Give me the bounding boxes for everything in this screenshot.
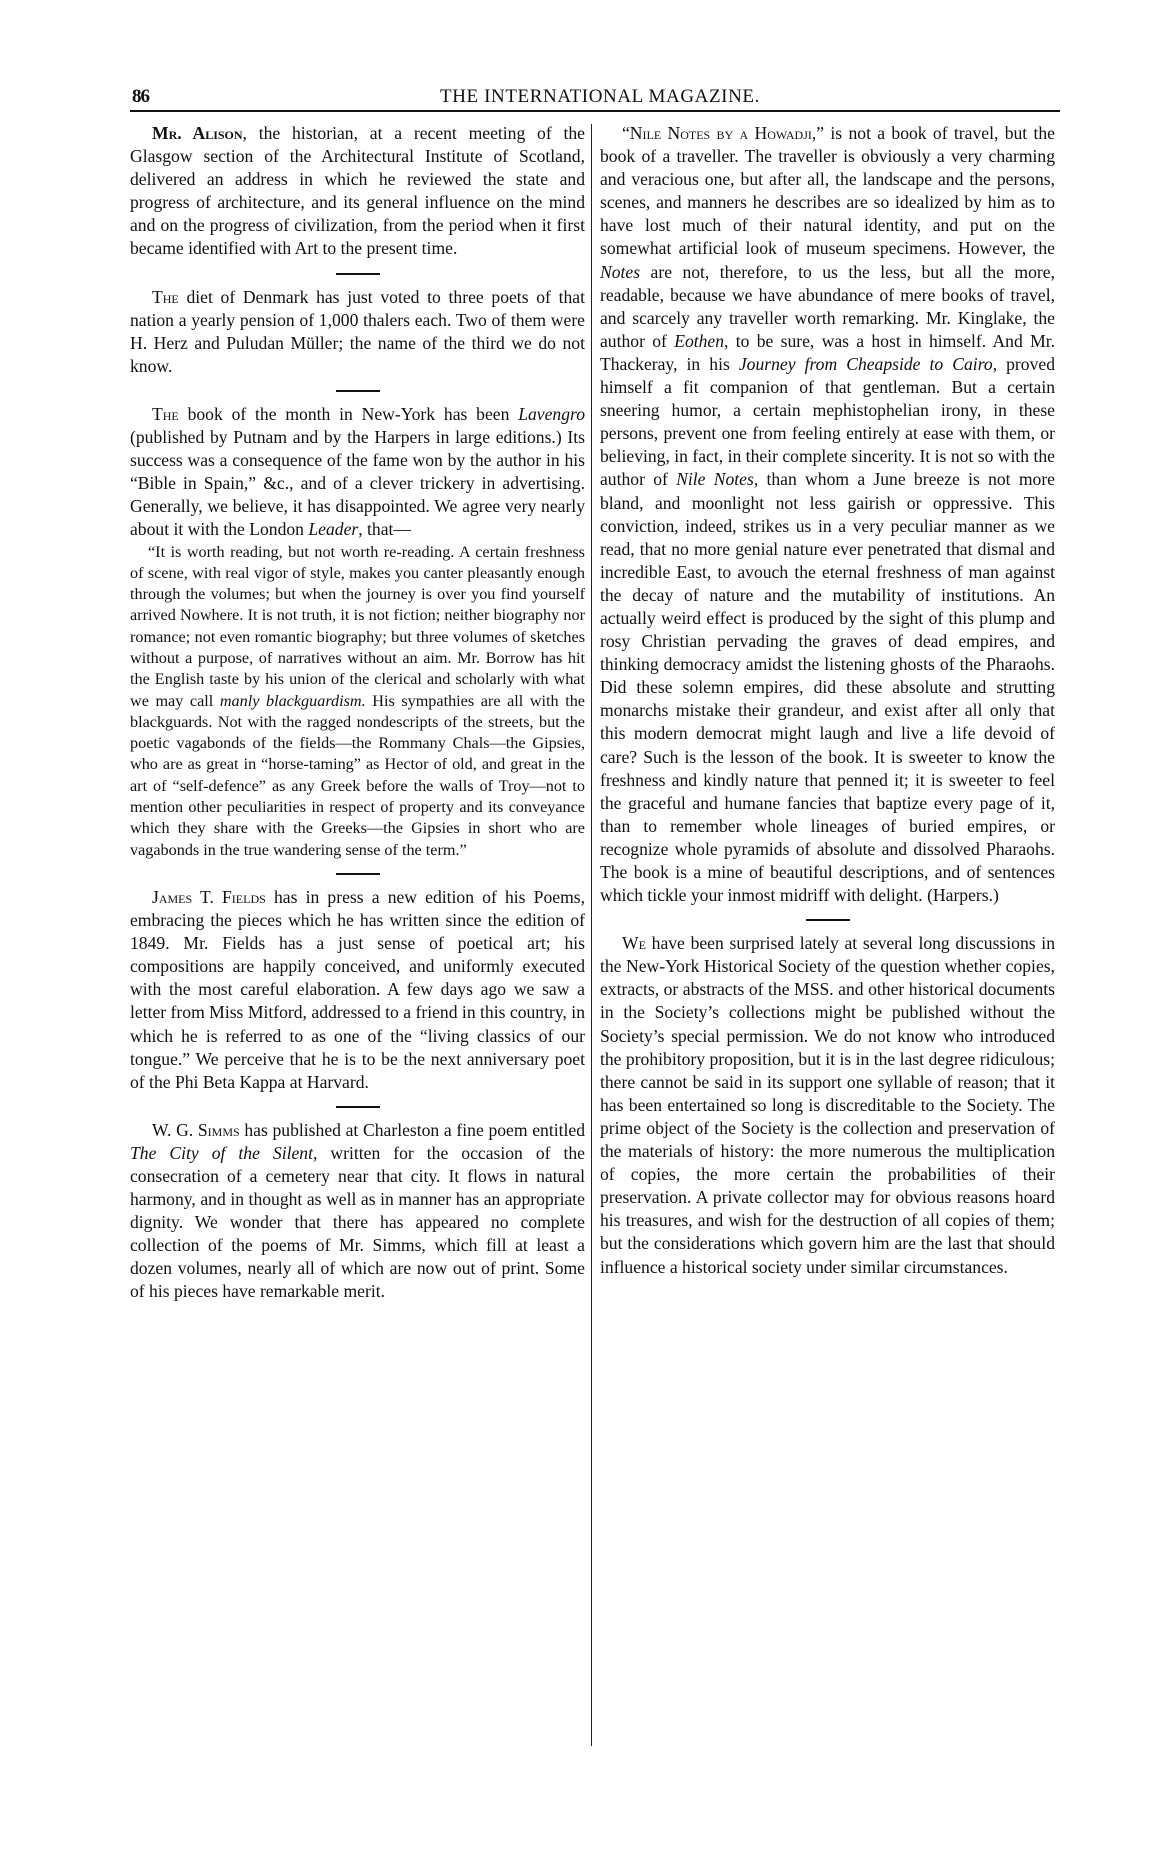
article-text: is not a book of travel, but the book of…	[600, 123, 1055, 258]
article-text: , written for the occasion of the consec…	[130, 1143, 585, 1302]
article-text: , that—	[358, 519, 411, 539]
section-separator	[336, 273, 380, 275]
newspaper-title: Leader	[308, 519, 358, 539]
section-separator	[336, 1106, 380, 1108]
book-title: Nile Notes	[676, 469, 754, 489]
magazine-title: THE INTERNATIONAL MAGAZINE.	[130, 86, 1060, 108]
book-title: Journey from Cheapside to Cairo	[739, 354, 993, 374]
quote-emphasis: manly blackguardism.	[220, 692, 366, 710]
article-fields: James T. Fields has in press a new editi…	[130, 886, 585, 1094]
article-text: has in press a new edition of his Poems,…	[130, 887, 585, 1092]
quote-text: His sympathies are all with the blackgua…	[130, 692, 585, 859]
article-alison: Mr. Alison, the historian, at a recent m…	[130, 122, 585, 261]
article-lead: The	[152, 287, 179, 307]
poem-title: The City of the Silent	[130, 1143, 313, 1163]
right-column: “Nile Notes by a Howadji,” is not a book…	[592, 122, 1055, 1746]
article-text: has published at Charleston a fine poem …	[240, 1120, 585, 1140]
article-text: have been surprised lately at several lo…	[600, 933, 1055, 1276]
running-head: 86 THE INTERNATIONAL MAGAZINE.	[130, 84, 1060, 110]
header-rule	[130, 110, 1060, 112]
article-lead: The	[152, 404, 179, 424]
article-lead: We	[622, 933, 646, 953]
article-text: diet of Denmark has just voted to three …	[130, 287, 585, 376]
section-separator	[336, 873, 380, 875]
article-lead: Mr. Alison	[152, 123, 243, 143]
article-lavengro: The book of the month in New-York has be…	[130, 403, 585, 542]
book-title: Eothen	[674, 331, 724, 351]
left-column: Mr. Alison, the historian, at a recent m…	[130, 122, 591, 1746]
magazine-page: 86 THE INTERNATIONAL MAGAZINE. Mr. Aliso…	[130, 84, 1060, 110]
article-denmark: The diet of Denmark has just voted to th…	[130, 286, 585, 378]
article-lead-initials: W. G.	[152, 1120, 198, 1140]
article-lead: Simms	[198, 1120, 240, 1140]
article-lead: James T. Fields	[152, 887, 266, 907]
section-separator	[806, 919, 850, 921]
article-lead: “Nile Notes by a Howadji,”	[622, 123, 824, 143]
book-title: Notes	[600, 262, 640, 282]
article-historical-society: We have been surprised lately at several…	[600, 932, 1055, 1278]
article-text: , than whom a June breeze is not more bl…	[600, 469, 1055, 905]
two-column-body: Mr. Alison, the historian, at a recent m…	[130, 122, 1060, 1746]
leader-quotation: “It is worth reading, but not worth re-r…	[130, 542, 585, 861]
article-simms: W. G. Simms has published at Charleston …	[130, 1119, 585, 1304]
section-separator	[336, 390, 380, 392]
article-text: book of the month in New-York has been	[179, 404, 518, 424]
article-text: , the historian, at a recent meeting of …	[130, 123, 585, 258]
book-title: Lavengro	[518, 404, 585, 424]
article-nile-notes: “Nile Notes by a Howadji,” is not a book…	[600, 122, 1055, 907]
quote-text: “It is worth reading, but not worth re-r…	[130, 543, 585, 710]
